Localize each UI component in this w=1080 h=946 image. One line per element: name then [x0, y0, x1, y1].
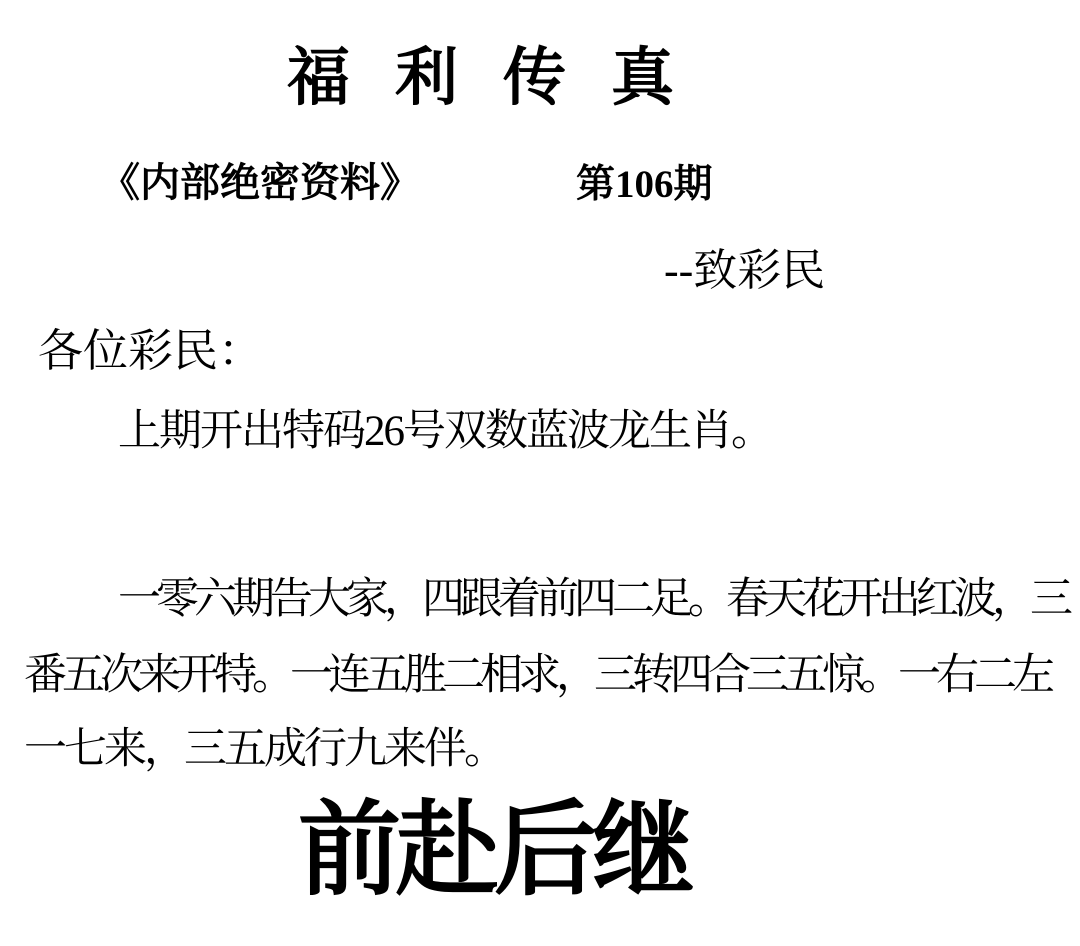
dedication-line: --致彩民: [664, 246, 825, 297]
poem-line-3: 一七来，三五成行九来伴。: [24, 725, 504, 774]
salutation-line: 各位彩民：: [38, 326, 263, 378]
poem-line-1: 一零六期告大家，四跟着前四二足。春天花开出红波，三: [118, 575, 1068, 624]
classification-label: 《内部绝密资料》: [100, 160, 420, 206]
footer-phrase: 前赴后继: [298, 792, 690, 910]
fax-document-page: 福利传真 《内部绝密资料》 第106期 --致彩民 各位彩民： 上期开出特码26…: [0, 0, 1080, 946]
issue-number: 第106期: [576, 163, 713, 208]
poem-line-2: 番五次来开特。一连五胜二相求，三转四合三五惊。一右二左: [24, 651, 1050, 700]
previous-result-line: 上期开出特码26号双数蓝波龙生肖。: [118, 407, 772, 456]
document-title: 福利传真: [287, 42, 719, 114]
